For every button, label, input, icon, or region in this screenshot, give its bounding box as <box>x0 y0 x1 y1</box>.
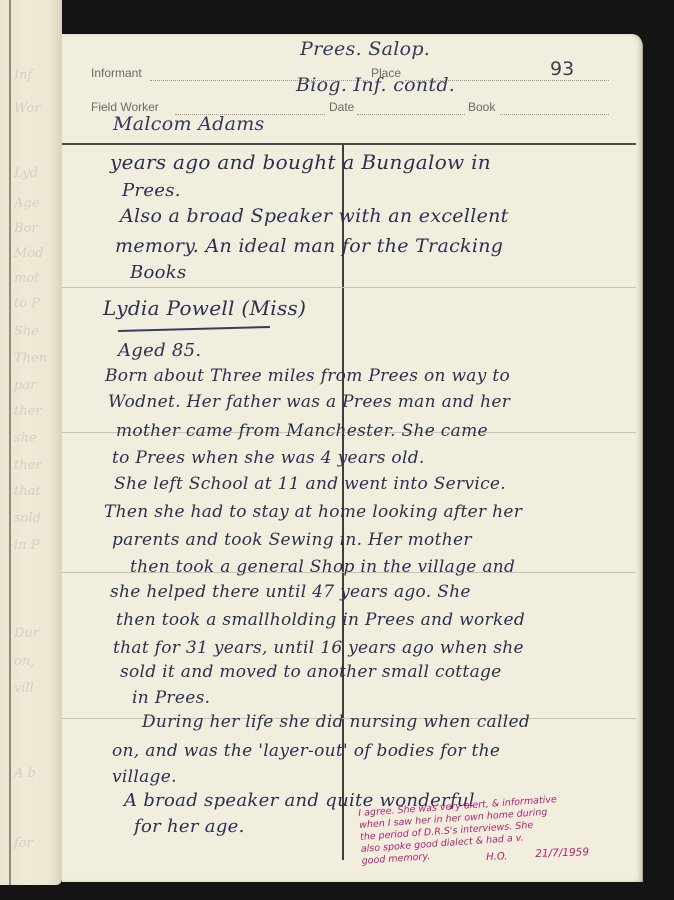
annotation-initials: H.O. <box>486 851 508 864</box>
bleed-through-text: to P <box>14 290 60 317</box>
field-worker-value: Malcom Adams <box>113 113 265 135</box>
text-line: she helped there until 47 years ago. She <box>110 582 471 602</box>
bleed-through-text: Inf <box>14 62 60 89</box>
bleed-through-text: Mod <box>14 240 60 267</box>
field-worker-label: Field Worker <box>91 100 159 114</box>
ruled-line <box>62 287 636 288</box>
place-value: Prees. Salop. <box>300 38 430 60</box>
text-line: She left School at 11 and went into Serv… <box>114 474 506 494</box>
text-line: village. <box>112 767 177 787</box>
text-line: During her life she did nursing when cal… <box>142 712 530 732</box>
bleed-through-text: Wor <box>14 95 60 122</box>
text-line: Born about Three miles from Prees on way… <box>105 366 510 386</box>
bleed-through-text: ther <box>14 452 60 479</box>
text-line: years ago and bought a Bungalow in <box>110 150 491 174</box>
annotation-date: 21/7/1959 <box>535 846 589 860</box>
text-line: on, and was the 'layer-out' of bodies fo… <box>112 741 500 761</box>
text-line: Also a broad Speaker with an excellent <box>120 205 509 227</box>
bleed-through-text: She <box>14 318 60 345</box>
text-line: Then she had to stay at home looking aft… <box>104 502 522 522</box>
informant-name: Lydia Powell (Miss) <box>103 296 306 320</box>
page-spine-line <box>9 0 11 885</box>
informant-label: Informant <box>91 66 142 80</box>
text-line: Wodnet. Her father was a Prees man and h… <box>108 392 510 412</box>
header-divider <box>62 143 636 145</box>
bleed-through-text: on, <box>14 648 60 675</box>
bleed-through-text: Age <box>14 190 60 217</box>
page-number: 93 <box>550 58 574 80</box>
bleed-through-text: for <box>14 830 60 857</box>
text-line: in Prees. <box>132 688 210 708</box>
book-label: Book <box>468 100 495 114</box>
bleed-through-text: in P <box>14 532 60 559</box>
bleed-through-text: Lyd <box>14 160 60 187</box>
text-line: to Prees when she was 4 years old. <box>112 448 425 468</box>
text-line: Prees. <box>122 180 181 201</box>
bleed-through-text: ther <box>14 398 60 425</box>
bleed-through-text: vill <box>14 675 60 702</box>
text-line: for her age. <box>134 816 245 837</box>
book-field-line <box>500 114 609 115</box>
date-label: Date <box>329 100 354 114</box>
bleed-through-text: mot <box>14 265 60 292</box>
bleed-through-text: Dur <box>14 620 60 647</box>
text-line: memory. An ideal man for the Tracking <box>115 235 503 257</box>
bleed-through-text: sold <box>14 505 60 532</box>
text-line: parents and took Sewing in. Her mother <box>112 530 472 550</box>
bleed-through-text: A b <box>14 760 60 787</box>
left-page-edge: Inf Wor Lyd Age Bor Mod mot to P She The… <box>0 0 62 885</box>
text-line: Books <box>130 262 187 283</box>
bleed-through-text: that <box>14 478 60 505</box>
bleed-through-text: Bor <box>14 215 60 242</box>
bleed-through-text: Then <box>14 345 60 372</box>
bleed-through-text: par <box>14 372 60 399</box>
text-line: that for 31 years, until 16 years ago wh… <box>113 638 524 658</box>
text-line: then took a smallholding in Prees and wo… <box>116 610 525 630</box>
text-line: then took a general Shop in the village … <box>130 557 515 577</box>
date-field-line <box>357 114 465 115</box>
text-line: sold it and moved to another small cotta… <box>120 662 502 682</box>
bleed-through-text: she <box>14 425 60 452</box>
text-line: Aged 85. <box>118 340 201 361</box>
text-line: mother came from Manchester. She came <box>116 421 488 441</box>
subject-heading: Biog. Inf. contd. <box>296 74 455 96</box>
